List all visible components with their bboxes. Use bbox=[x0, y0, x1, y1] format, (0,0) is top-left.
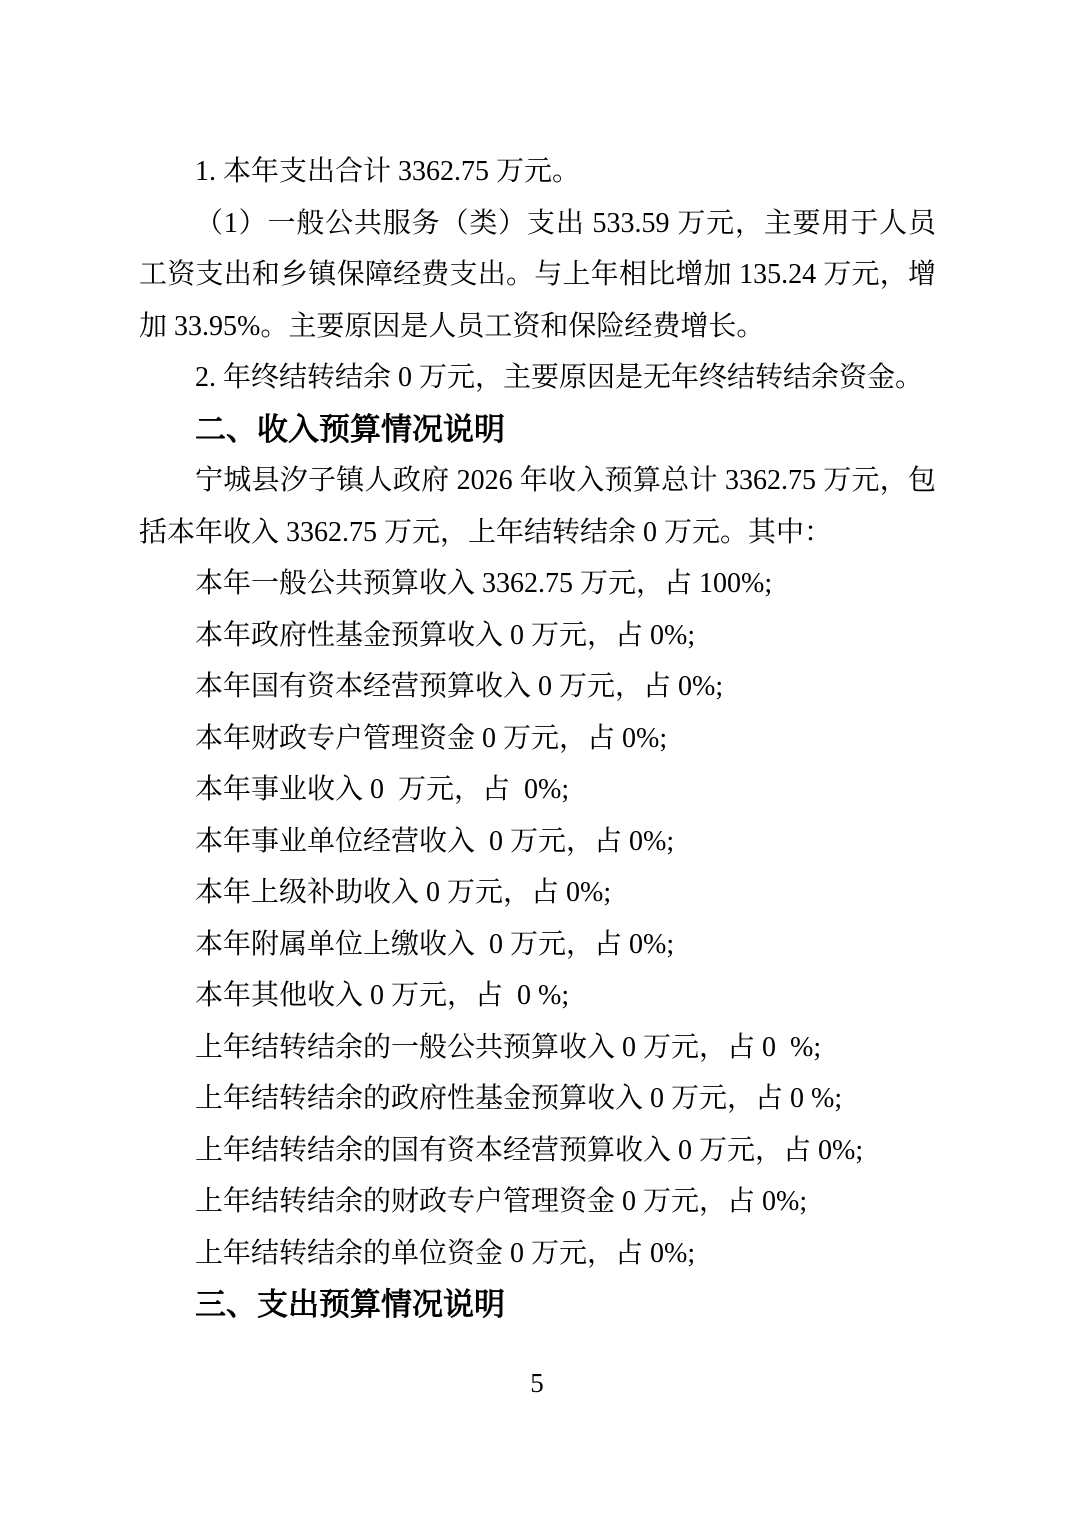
item-state-capital-budget-income: 本年国有资本经营预算收入 0 万元，占 0%; bbox=[139, 661, 936, 713]
item-affiliated-unit-income: 本年附属单位上缴收入 0 万元，占 0%; bbox=[139, 919, 936, 971]
document-body: 1. 本年支出合计 3362.75 万元。 （1）一般公共服务（类）支出 533… bbox=[139, 146, 936, 1331]
item-carryover-general-public-budget: 上年结转结余的一般公共预算收入 0 万元，占 0 %; bbox=[139, 1022, 936, 1074]
item-fiscal-special-account-funds: 本年财政专户管理资金 0 万元，占 0%; bbox=[139, 713, 936, 765]
heading-expenditure-budget: 三、支出预算情况说明 bbox=[139, 1279, 936, 1331]
item-carryover-unit-funds: 上年结转结余的单位资金 0 万元，占 0%; bbox=[139, 1228, 936, 1280]
item-carryover-state-capital-budget: 上年结转结余的国有资本经营预算收入 0 万元，占 0%; bbox=[139, 1125, 936, 1177]
paragraph-income-overview: 宁城县汐子镇人政府 2026 年收入预算总计 3362.75 万元，包括本年收入… bbox=[139, 455, 936, 558]
item-other-income: 本年其他收入 0 万元，占 0 %; bbox=[139, 970, 936, 1022]
document-page: 1. 本年支出合计 3362.75 万元。 （1）一般公共服务（类）支出 533… bbox=[0, 0, 1074, 1520]
paragraph-year-end-carryover: 2. 年终结转结余 0 万元，主要原因是无年终结转结余资金。 bbox=[139, 352, 936, 404]
page-footer: 5 bbox=[0, 1368, 1074, 1399]
paragraph-expense-total: 1. 本年支出合计 3362.75 万元。 bbox=[139, 146, 936, 198]
item-general-public-budget-income: 本年一般公共预算收入 3362.75 万元，占 100%; bbox=[139, 558, 936, 610]
item-institution-operating-income: 本年事业单位经营收入 0 万元，占 0%; bbox=[139, 816, 936, 868]
item-carryover-govt-fund-budget: 上年结转结余的政府性基金预算收入 0 万元，占 0 %; bbox=[139, 1073, 936, 1125]
item-govt-fund-budget-income: 本年政府性基金预算收入 0 万元，占 0%; bbox=[139, 610, 936, 662]
page-number: 5 bbox=[530, 1368, 544, 1398]
heading-income-budget: 二、收入预算情况说明 bbox=[139, 404, 936, 456]
paragraph-general-public-service: （1）一般公共服务（类）支出 533.59 万元，主要用于人员工资支出和乡镇保障… bbox=[139, 198, 936, 353]
item-carryover-fiscal-special-account: 上年结转结余的财政专户管理资金 0 万元，占 0%; bbox=[139, 1176, 936, 1228]
item-institution-income: 本年事业收入 0 万元，占 0%; bbox=[139, 764, 936, 816]
item-superior-subsidy-income: 本年上级补助收入 0 万元，占 0%; bbox=[139, 867, 936, 919]
